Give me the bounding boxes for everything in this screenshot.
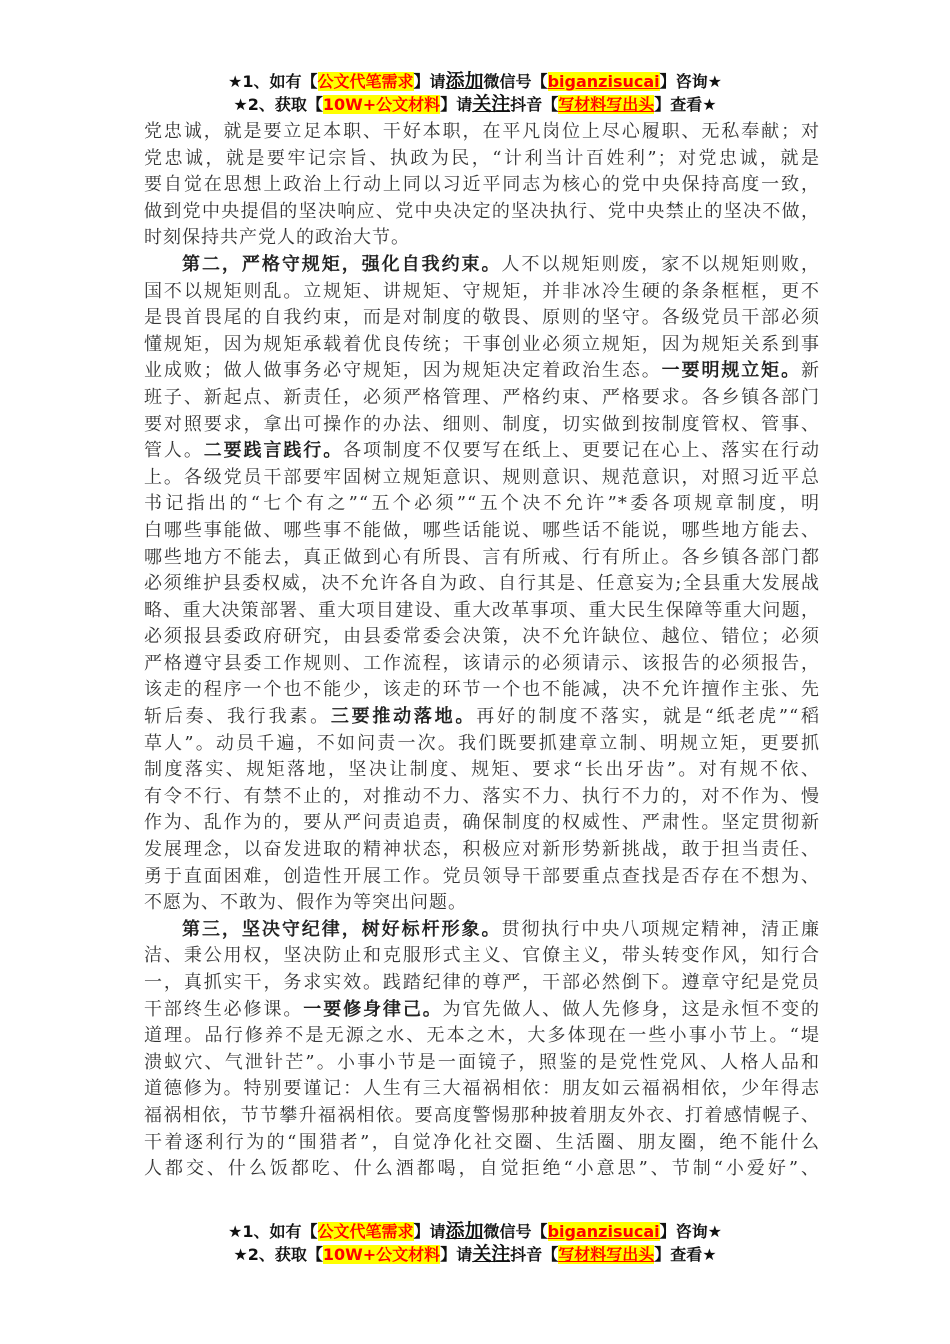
body-text: 党忠诚，就是要立足本职、干好本职，在平凡岗位上尽心履职、无私奉献；对 <box>144 121 820 142</box>
body-text: 人不以规矩则废，家不以规矩则败， <box>501 254 820 275</box>
text-line: 福祸相依，节节攀升福祸相依。要高度警惕那种披着朋友外衣、打着感情幌子、 <box>144 1103 820 1130</box>
text-line: 第三，坚决守纪律，树好标杆形象。贯彻执行中央八项规定精神，清正廉 <box>144 917 820 944</box>
body-text: 贯彻执行中央八项规定精神，清正廉 <box>501 919 820 940</box>
text-line: 一，真抓实干，务求实效。践踏纪律的尊严，干部必然倒下。遵章守纪是党员 <box>144 970 820 997</box>
body-text: 书记指出的“七个有之”“五个必须”“五个决不允许”*委各项规章制度，明 <box>144 493 820 514</box>
body-text: 懂规矩，因为规矩承载着优良传统；干事创业必须立规矩，因为规矩关系到事 <box>144 334 820 355</box>
text-line: 要自觉在思想上政治上行动上同以习近平同志为核心的党中央保持高度一致， <box>144 172 820 199</box>
sub-point-heading: 一要修身律己。 <box>303 999 442 1020</box>
banner-text: 】请 <box>414 72 446 91</box>
body-text: 草人”。动员千遍，不如问责一次。我们既要抓建章立制、明规立矩，更要抓 <box>144 733 820 754</box>
banner-line-2: ★2、获取【10W+公文材料】请关注抖音【写材料写出头】查看★ <box>0 1243 950 1266</box>
text-line: 白哪些事能做、哪些事不能做，哪些话能说、哪些话不能说，哪些地方能去、 <box>144 518 820 545</box>
banner-text: ★2、获取【 <box>233 95 322 114</box>
text-line: 是畏首畏尾的自我约束，而是对制度的敬畏、原则的坚守。各级党员干部必须 <box>144 305 820 332</box>
body-text: 时刻保持共产党人的政治大节。 <box>144 227 410 248</box>
text-line: 洁、秉公用权，坚决防止和克服形式主义、官僚主义，带头转变作风，知行合 <box>144 943 820 970</box>
text-line: 道德修为。特别要谨记：人生有三大福祸相依：朋友如云福祸相依，少年得志 <box>144 1076 820 1103</box>
text-line: 业成败；做人做事务必守规矩，因为规矩决定着政治生态。一要明规立矩。新 <box>144 358 820 385</box>
emphasis-add: 添加 <box>446 70 484 92</box>
body-text: 班子、新起点、新责任，必须严格管理、严格约束、严格要求。各乡镇各部门 <box>144 387 820 408</box>
banner-text: 抖音【 <box>510 1245 558 1264</box>
text-line: 人都交、什么饭都吃、什么酒都喝，自觉拒绝“小意思”、节制“小爱好”、 <box>144 1156 820 1183</box>
banner-text: 】请 <box>440 1245 472 1264</box>
emphasis-add: 添加 <box>446 1220 484 1242</box>
body-text: 道德修为。特别要谨记：人生有三大福祸相依：朋友如云福祸相依，少年得志 <box>144 1078 820 1099</box>
highlight-materials: 10W+公文材料 <box>323 95 440 114</box>
banner-text: 】查看★ <box>654 1245 716 1264</box>
text-line: 不愿为、不敢为、假作为等突出问题。 <box>144 890 820 917</box>
banner-line-1: ★1、如有【公文代笔需求】请添加微信号【biganzisucai】咨询★ <box>0 70 950 93</box>
text-line: 哪些地方不能去，真正做到心有所畏、言有所戒、行有所止。各乡镇各部门都 <box>144 545 820 572</box>
text-line: 必须报县委政府研究，由县委常委会决策，决不允许缺位、越位、错位；必须 <box>144 624 820 651</box>
text-line: 党忠诚，就是要牢记宗旨、执政为民，“计利当计百姓利”；对党忠诚，就是 <box>144 146 820 173</box>
body-text: 福祸相依，节节攀升福祸相依。要高度警惕那种披着朋友外衣、打着感情幌子、 <box>144 1105 820 1126</box>
body-text: 溃蚁穴、气泄针芒”。小事小节是一面镜子，照鉴的是党性党风、人格人品和 <box>144 1052 820 1073</box>
body-text: 必须维护县委权威，决不允许各自为政、自行其是、任意妄为;全县重大发展战 <box>144 573 820 594</box>
footer-banner: ★1、如有【公文代笔需求】请添加微信号【biganzisucai】咨询★ ★2、… <box>0 1220 950 1266</box>
text-line: 有令不行、有禁不止的，对推动不力、落实不力、执行不力的，对不作为、慢 <box>144 784 820 811</box>
body-text: 干部终生必修课。 <box>144 999 303 1020</box>
body-text: 上。各级党员干部要牢固树立规矩意识、规则意识、规范意识，对照习近平总 <box>144 467 820 488</box>
text-line: 草人”。动员千遍，不如问责一次。我们既要抓建章立制、明规立矩，更要抓 <box>144 731 820 758</box>
text-line: 发展理念，以奋发进取的精神状态，积极应对新形势新挑战，敢于担当责任、 <box>144 837 820 864</box>
section-heading: 第二，严格守规矩，强化自我约束。 <box>182 254 501 275</box>
body-text: 作为、乱作为的，要从严问责追责，确保制度的权威性、严肃性。坚定贯彻新 <box>144 812 820 833</box>
wechat-id-link[interactable]: biganzisucai <box>548 1222 660 1241</box>
body-text: 业成败；做人做事务必守规矩，因为规矩决定着政治生态。 <box>144 360 662 381</box>
text-line: 党忠诚，就是要立足本职、干好本职，在平凡岗位上尽心履职、无私奉献；对 <box>144 119 820 146</box>
banner-text: 】咨询★ <box>660 1222 722 1241</box>
text-line: 道理。品行修养不是无源之水、无本之木，大多体现在一些小事小节上。“堤 <box>144 1023 820 1050</box>
body-text: 各项制度不仅要写在纸上、更要记在心上、落实在行动 <box>343 440 820 461</box>
body-text: 略、重大决策部署、重大项目建设、重大改革事项、重大民生保障等重大问题， <box>144 600 820 621</box>
body-text: 再好的制度不落实，就是“纸老虎”“稻 <box>476 706 820 727</box>
body-text: 管人。 <box>144 440 204 461</box>
banner-text: 】请 <box>440 95 472 114</box>
wechat-id-link[interactable]: biganzisucai <box>548 72 660 91</box>
emphasis-follow: 关注 <box>472 93 510 115</box>
text-line: 勇于直面困难，创造性开展工作。党员领导干部要重点查找是否存在不想为、 <box>144 864 820 891</box>
banner-text: ★2、获取【 <box>233 1245 322 1264</box>
text-line: 班子、新起点、新责任，必须严格管理、严格约束、严格要求。各乡镇各部门 <box>144 385 820 412</box>
body-text: 不愿为、不敢为、假作为等突出问题。 <box>144 892 467 913</box>
highlight-service: 公文代笔需求 <box>318 1222 414 1241</box>
banner-text: 】查看★ <box>654 95 716 114</box>
text-line: 书记指出的“七个有之”“五个必须”“五个决不允许”*委各项规章制度，明 <box>144 491 820 518</box>
banner-text: 微信号【 <box>484 72 548 91</box>
text-line: 干部终生必修课。一要修身律己。为官先做人、做人先修身，这是永恒不变的 <box>144 997 820 1024</box>
text-line: 做到党中央提倡的坚决响应、党中央决定的坚决执行、党中央禁止的坚决不做， <box>144 199 820 226</box>
body-text: 洁、秉公用权，坚决防止和克服形式主义、官僚主义，带头转变作风，知行合 <box>144 945 820 966</box>
text-line: 懂规矩，因为规矩承载着优良传统；干事创业必须立规矩，因为规矩关系到事 <box>144 332 820 359</box>
banner-text: 抖音【 <box>510 95 558 114</box>
body-text: 国不以规矩则乱。立规矩、讲规矩、守规矩，并非冰冷生硬的条条框框，更不 <box>144 281 820 302</box>
body-text: 是畏首畏尾的自我约束，而是对制度的敬畏、原则的坚守。各级党员干部必须 <box>144 307 820 328</box>
body-text: 必须报县委政府研究，由县委常委会决策，决不允许缺位、越位、错位；必须 <box>144 626 820 647</box>
text-line: 作为、乱作为的，要从严问责追责，确保制度的权威性、严肃性。坚定贯彻新 <box>144 810 820 837</box>
section-heading: 第三，坚决守纪律，树好标杆形象。 <box>182 919 501 940</box>
banner-line-1: ★1、如有【公文代笔需求】请添加微信号【biganzisucai】咨询★ <box>0 1220 950 1243</box>
body-text: 该走的程序一个也不能少，该走的环节一个也不能减，决不允许擅作主张、先 <box>144 679 820 700</box>
text-line: 国不以规矩则乱。立规矩、讲规矩、守规矩，并非冰冷生硬的条条框框，更不 <box>144 279 820 306</box>
body-text: 新 <box>801 360 820 381</box>
body-text: 哪些地方不能去，真正做到心有所畏、言有所戒、行有所止。各乡镇各部门都 <box>144 547 820 568</box>
banner-line-2: ★2、获取【10W+公文材料】请关注抖音【写材料写出头】查看★ <box>0 93 950 116</box>
highlight-service: 公文代笔需求 <box>318 72 414 91</box>
text-line: 上。各级党员干部要牢固树立规矩意识、规则意识、规范意识，对照习近平总 <box>144 465 820 492</box>
body-text: 白哪些事能做、哪些事不能做，哪些话能说、哪些话不能说，哪些地方能去、 <box>144 520 820 541</box>
sub-point-heading: 一要明规立矩。 <box>662 360 801 381</box>
body-text: 要对照要求，拿出可操作的办法、细则、制度，切实做到按制度管权、管事、 <box>144 414 820 435</box>
text-line: 要对照要求，拿出可操作的办法、细则、制度，切实做到按制度管权、管事、 <box>144 412 820 439</box>
text-line: 溃蚁穴、气泄针芒”。小事小节是一面镜子，照鉴的是党性党风、人格人品和 <box>144 1050 820 1077</box>
douyin-account-link[interactable]: 写材料写出头 <box>558 95 654 114</box>
body-text: 党忠诚，就是要牢记宗旨、执政为民，“计利当计百姓利”；对党忠诚，就是 <box>144 148 820 169</box>
header-banner: ★1、如有【公文代笔需求】请添加微信号【biganzisucai】咨询★ ★2、… <box>0 70 950 116</box>
body-text: 发展理念，以奋发进取的精神状态，积极应对新形势新挑战，敢于担当责任、 <box>144 839 820 860</box>
text-line: 第二，严格守规矩，强化自我约束。人不以规矩则废，家不以规矩则败， <box>144 252 820 279</box>
emphasis-follow: 关注 <box>472 1243 510 1265</box>
text-line: 略、重大决策部署、重大项目建设、重大改革事项、重大民生保障等重大问题， <box>144 598 820 625</box>
body-text: 为官先做人、做人先修身，这是永恒不变的 <box>443 999 820 1020</box>
body-text: 有令不行、有禁不止的，对推动不力、落实不力、执行不力的，对不作为、慢 <box>144 786 820 807</box>
text-line: 必须维护县委权威，决不允许各自为政、自行其是、任意妄为;全县重大发展战 <box>144 571 820 598</box>
text-line: 该走的程序一个也不能少，该走的环节一个也不能减，决不允许擅作主张、先 <box>144 677 820 704</box>
banner-text: 】咨询★ <box>660 72 722 91</box>
document-body: 党忠诚，就是要立足本职、干好本职，在平凡岗位上尽心履职、无私奉献；对党忠诚，就是… <box>144 119 820 1183</box>
text-line: 严格遵守县委工作规则、工作流程，该请示的必须请示、该报告的必须报告， <box>144 651 820 678</box>
body-text: 做到党中央提倡的坚决响应、党中央决定的坚决执行、党中央禁止的坚决不做， <box>144 201 820 222</box>
highlight-materials: 10W+公文材料 <box>323 1245 440 1264</box>
banner-text: 】请 <box>414 1222 446 1241</box>
text-line: 干着逐利行为的“围猎者”，自觉净化社交圈、生活圈、朋友圈，绝不能什么 <box>144 1130 820 1157</box>
text-line: 时刻保持共产党人的政治大节。 <box>144 225 820 252</box>
body-text: 斩后奏、我行我素。 <box>144 706 331 727</box>
body-text: 要自觉在思想上政治上行动上同以习近平同志为核心的党中央保持高度一致， <box>144 174 820 195</box>
text-line: 管人。二要践言践行。各项制度不仅要写在纸上、更要记在心上、落实在行动 <box>144 438 820 465</box>
banner-text: ★1、如有【 <box>228 72 317 91</box>
text-line: 斩后奏、我行我素。三要推动落地。再好的制度不落实，就是“纸老虎”“稻 <box>144 704 820 731</box>
body-text: 严格遵守县委工作规则、工作流程，该请示的必须请示、该报告的必须报告， <box>144 653 820 674</box>
text-line: 制度落实、规矩落地，坚决让制度、规矩、要求“长出牙齿”。对有规不依、 <box>144 757 820 784</box>
body-text: 一，真抓实干，务求实效。践踏纪律的尊严，干部必然倒下。遵章守纪是党员 <box>144 972 820 993</box>
banner-text: ★1、如有【 <box>228 1222 317 1241</box>
banner-text: 微信号【 <box>484 1222 548 1241</box>
body-text: 人都交、什么饭都吃、什么酒都喝，自觉拒绝“小意思”、节制“小爱好”、 <box>144 1158 820 1179</box>
body-text: 道理。品行修养不是无源之水、无本之木，大多体现在一些小事小节上。“堤 <box>144 1025 820 1046</box>
sub-point-heading: 三要推动落地。 <box>331 706 476 727</box>
body-text: 干着逐利行为的“围猎者”，自觉净化社交圈、生活圈、朋友圈，绝不能什么 <box>144 1132 820 1153</box>
sub-point-heading: 二要践言践行。 <box>204 440 343 461</box>
douyin-account-link[interactable]: 写材料写出头 <box>558 1245 654 1264</box>
body-text: 勇于直面困难，创造性开展工作。党员领导干部要重点查找是否存在不想为、 <box>144 866 820 887</box>
body-text: 制度落实、规矩落地，坚决让制度、规矩、要求“长出牙齿”。对有规不依、 <box>144 759 820 780</box>
